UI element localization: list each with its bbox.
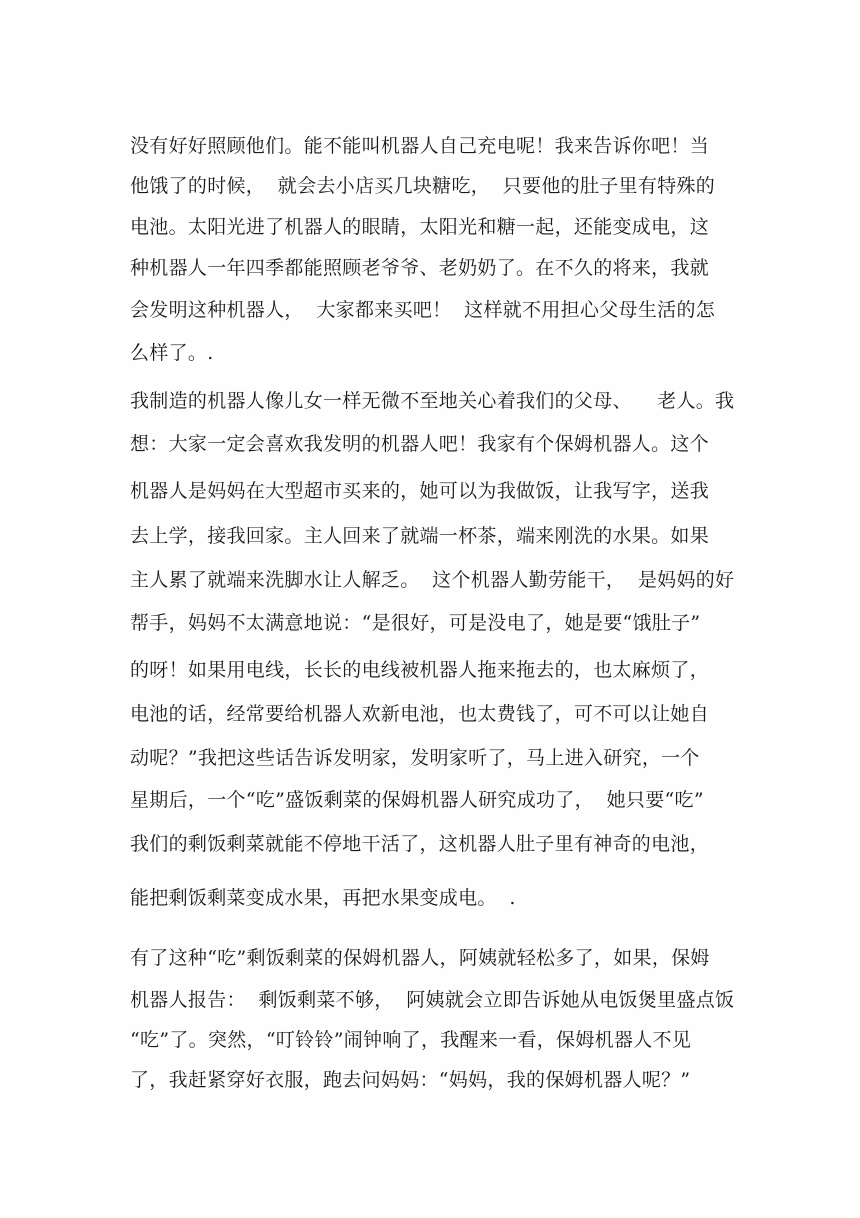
text-line: 星期后，一个“吃”盛饭剩菜的保姆机器人研究成功了， 她只要“吃” <box>130 788 704 812</box>
text-line: 有了这种“吃”剩饭剩菜的保姆机器人，阿姨就轻松多了，如果，保姆 <box>130 946 710 970</box>
text-line: 我们的剩饭剩菜就能不停地干活了，这机器人肚子里有神奇的电池， <box>130 832 709 856</box>
text-line: 他饿了的时候， 就会去小店买几块糖吃， 只要他的肚子里有特殊的 <box>130 174 715 198</box>
text-line: 没有好好照顾他们。能不能叫机器人自己充电呢！我来告诉你吧！当 <box>130 134 709 158</box>
text-line: 帮手，妈妈不太满意地说：“是很好，可是没电了，她是要“饿肚子” <box>130 611 700 635</box>
text-line: 么样了。. <box>130 341 214 365</box>
text-line: 机器人是妈妈在大型超市买来的，她可以为我做饭，让我写字，送我 <box>130 479 709 503</box>
text-line: 动呢？”我把这些话告诉发明家，发明家听了，马上进入研究，一个 <box>130 746 700 770</box>
text-line: 了，我赶紧穿好衣服，跑去问妈妈：“妈妈，我的保姆机器人呢？” <box>130 1068 690 1092</box>
text-line: 去上学，接我回家。主人回来了就端一杯茶，端来刚洗的水果。如果 <box>130 524 709 548</box>
text-line: 会发明这种机器人， 大家都来买吧！ 这样就不用担心父母生活的怎 <box>130 298 715 322</box>
text-line: 能把剩饭剩菜变成水果，再把水果变成电。 . <box>130 886 516 910</box>
text-line: 电池。太阳光进了机器人的眼睛，太阳光和糖一起，还能变成电，这 <box>130 215 709 239</box>
text-line: 的呀！如果用电线，长长的电线被机器人拖来拖去的，也太麻烦了， <box>130 658 709 682</box>
document-page: 没有好好照顾他们。能不能叫机器人自己充电呢！我来告诉你吧！当 他饿了的时候， 就… <box>0 0 860 1218</box>
text-line: 电池的话，经常要给机器人欢新电池，也太费钱了，可不可以让她自 <box>130 702 709 726</box>
text-line: 机器人报告： 剩饭剩菜不够， 阿姨就会立即告诉她从电饭煲里盛点饭 <box>130 988 734 1012</box>
text-line: 主人累了就端来洗脚水让人解乏。 这个机器人勤劳能干， 是妈妈的好 <box>130 568 734 592</box>
text-line: 我制造的机器人像儿女一样无微不至地关心着我们的父母、 老人。我 <box>130 389 734 413</box>
text-line: “吃”了。突然，“叮铃铃”闹钟响了，我醒来一看，保姆机器人不见 <box>130 1028 691 1052</box>
text-line: 想：大家一定会喜欢我发明的机器人吧！我家有个保姆机器人。这个 <box>130 432 709 456</box>
text-line: 种机器人一年四季都能照顾老爷爷、老奶奶了。在不久的将来，我就 <box>130 256 709 280</box>
